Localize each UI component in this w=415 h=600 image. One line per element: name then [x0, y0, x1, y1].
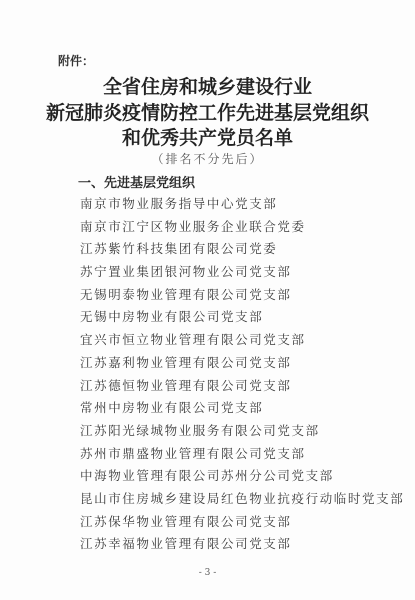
list-item: 江苏幸福物业管理有限公司党支部 [80, 533, 404, 556]
list-item: 无锡中房物业有限公司党支部 [80, 306, 404, 329]
subtitle: （排名不分先后） [0, 150, 415, 167]
list-item: 常州中房物业有限公司党支部 [80, 397, 404, 420]
list-item: 南京市江宁区物业服务企业联合党委 [80, 216, 404, 239]
title-line-2: 新冠肺炎疫情防控工作先进基层党组织 [0, 102, 415, 124]
organization-list: 南京市物业服务指导中心党支部 南京市江宁区物业服务企业联合党委 江苏紫竹科技集团… [80, 193, 404, 556]
section-heading: 一、先进基层党组织 [78, 172, 195, 191]
list-item: 苏州市鼎盛物业管理有限公司党支部 [80, 443, 404, 466]
title-line-3: 和优秀共产党员名单 [0, 127, 415, 149]
list-item: 无锡明泰物业管理有限公司党支部 [80, 284, 404, 307]
title-line-1: 全省住房和城乡建设行业 [0, 76, 415, 98]
list-item: 江苏阳光绿城物业服务有限公司党支部 [80, 420, 404, 443]
attachment-label: 附件： [58, 52, 94, 69]
list-item: 江苏德恒物业管理有限公司党支部 [80, 375, 404, 398]
list-item: 江苏嘉利物业管理有限公司党支部 [80, 352, 404, 375]
document-page: 附件： 全省住房和城乡建设行业 新冠肺炎疫情防控工作先进基层党组织 和优秀共产党… [0, 0, 415, 600]
list-item: 苏宁置业集团银河物业公司党支部 [80, 261, 404, 284]
page-number: - 3 - [0, 568, 415, 578]
list-item: 江苏紫竹科技集团有限公司党委 [80, 238, 404, 261]
list-item: 中海物业管理有限公司苏州分公司党支部 [80, 465, 404, 488]
list-item: 江苏保华物业管理有限公司党支部 [80, 511, 404, 534]
list-item: 南京市物业服务指导中心党支部 [80, 193, 404, 216]
list-item: 昆山市住房城乡建设局红色物业抗疫行动临时党支部 [80, 488, 404, 511]
list-item: 宜兴市恒立物业管理有限公司党支部 [80, 329, 404, 352]
